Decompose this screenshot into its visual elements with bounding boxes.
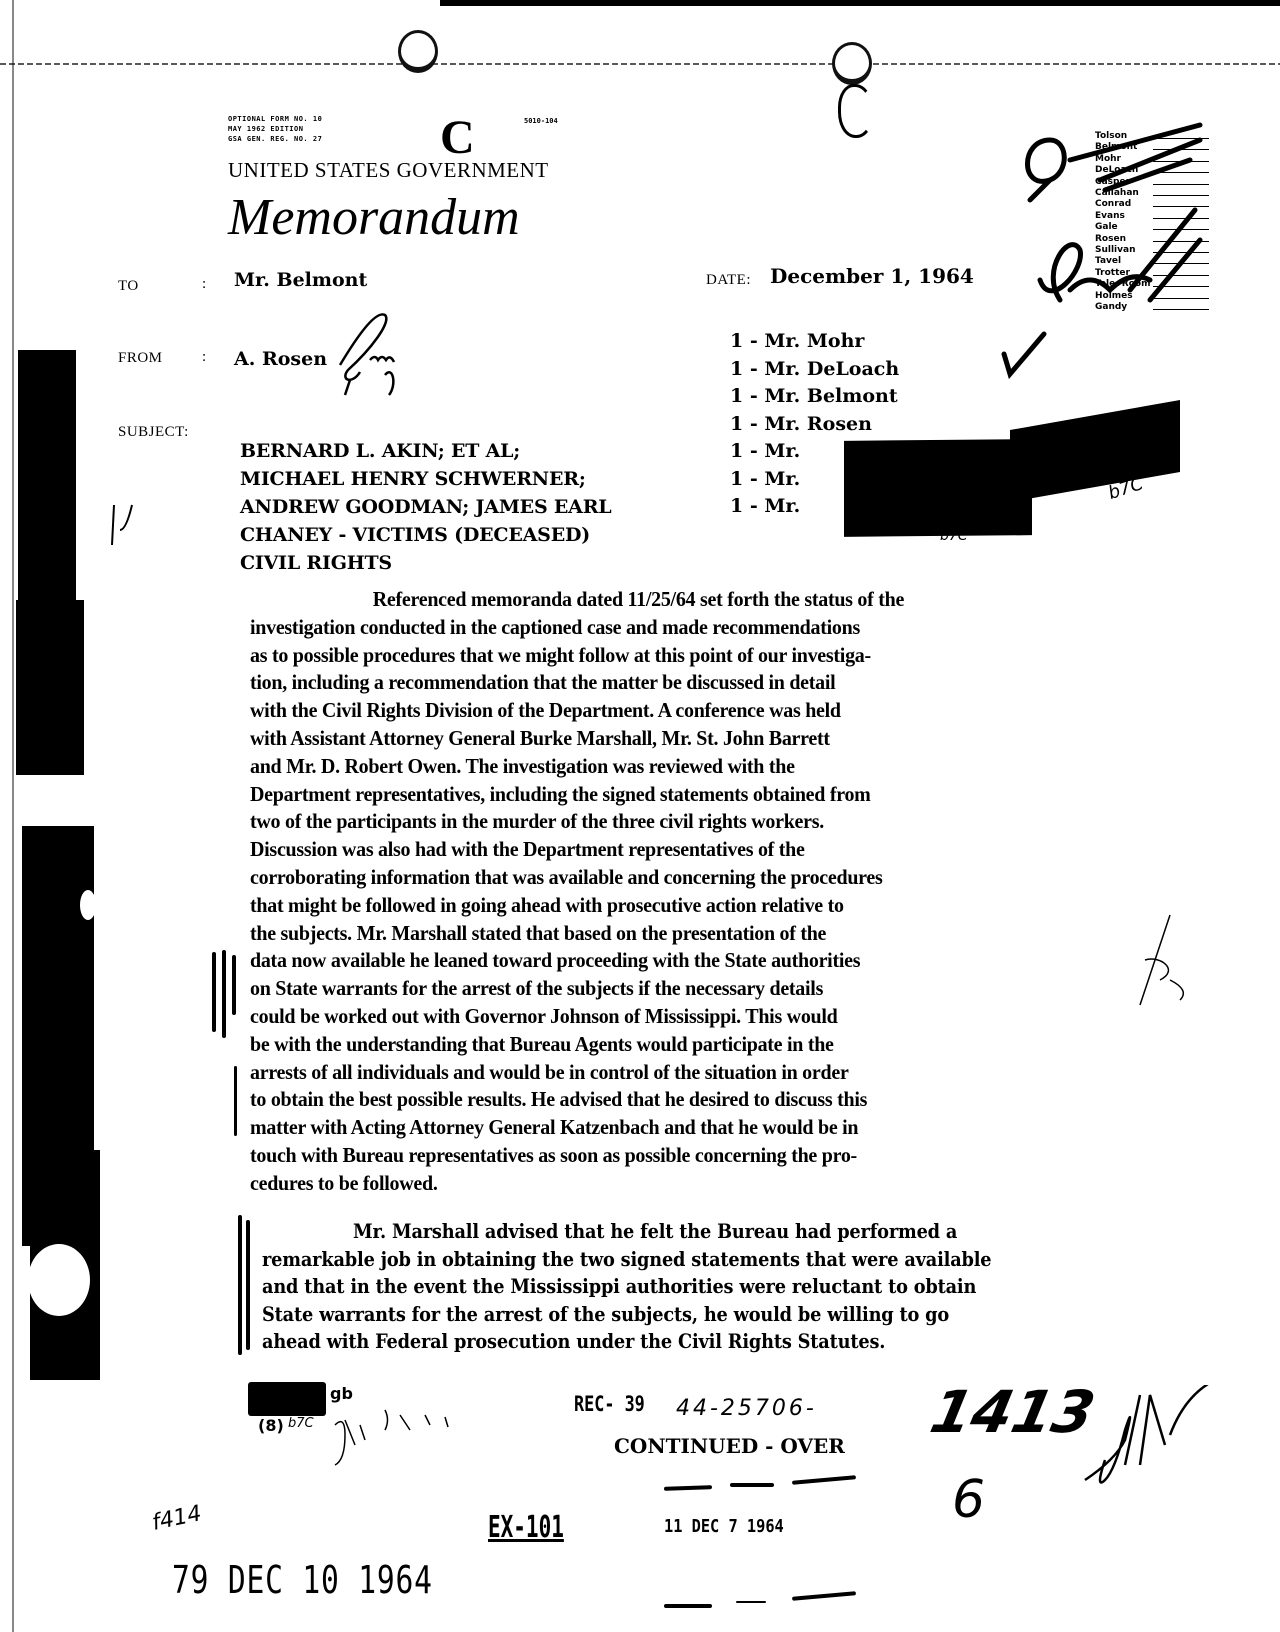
stamp-dash: [664, 1485, 712, 1491]
form-line: MAY 1962 EDITION: [228, 124, 322, 134]
checkmark-icon: [1000, 330, 1050, 380]
rec-stamp: REC- 39: [574, 1392, 645, 1416]
stamp-dash: [736, 1601, 766, 1603]
stamp-dash: [792, 1475, 856, 1485]
rosen-signature: [330, 310, 410, 400]
subject-line: CIVIL RIGHTS: [240, 549, 611, 577]
form-code: 5010-104: [524, 117, 558, 125]
date-label: DATE:: [706, 272, 751, 289]
stamp-dash: [664, 1604, 712, 1608]
margin-checkmark: [100, 500, 150, 550]
subject-line: ANDREW GOODMAN; JAMES EARL: [240, 493, 611, 521]
margin-emphasis-mark: [222, 950, 226, 1038]
agency-heading: UNITED STATES GOVERNMENT: [228, 158, 549, 183]
binder-bar-top: [18, 350, 76, 630]
from-label: FROM: [118, 350, 163, 367]
punch-hole-left: [398, 30, 438, 73]
serial-number-handwritten: 1413: [925, 1378, 1101, 1446]
handwritten-initials-scribble: [315, 1405, 495, 1475]
distribution-item: 1 - Mr. Mohr: [730, 328, 899, 356]
subject-line: MICHAEL HENRY SCHWERNER;: [240, 465, 611, 493]
scan-left-edge: [12, 0, 14, 1632]
distribution-item: 1 - Mr. Belmont: [730, 383, 899, 411]
margin-note-handwritten: f414: [150, 1501, 204, 1536]
stamp-dash: [792, 1591, 856, 1601]
handwritten-c-mark: C: [440, 110, 475, 165]
document-title: Memorandum: [228, 188, 520, 247]
handwritten-6: 6: [952, 1470, 985, 1530]
margin-emphasis-mark: [246, 1220, 250, 1350]
distribution-item: 1 - Mr. DeLoach: [730, 356, 899, 384]
to-label: TO: [118, 278, 139, 295]
from-value: A. Rosen: [234, 348, 327, 370]
form-line: OPTIONAL FORM NO. 10: [228, 114, 322, 124]
binder-notch: [80, 890, 96, 920]
handwritten-signature: [1080, 1385, 1220, 1495]
staple-mark: [838, 84, 874, 138]
margin-emphasis-mark: [234, 1066, 237, 1136]
redaction-block: [844, 439, 1032, 537]
subject-block: BERNARD L. AKIN; ET AL; MICHAEL HENRY SC…: [240, 437, 611, 577]
stamp-dash: [730, 1483, 774, 1487]
routing-initials-scribble: [1010, 120, 1210, 320]
copies-count: (8): [258, 1416, 284, 1435]
to-colon: :: [202, 276, 206, 293]
ex-stamp: EX-101: [488, 1510, 564, 1545]
punch-hole-right: [832, 42, 872, 85]
continued-over-label: CONTINUED - OVER: [614, 1434, 845, 1458]
redaction-block-tail: [1010, 400, 1180, 502]
date-value: December 1, 1964: [770, 264, 974, 288]
memo-body-paragraph-2: Mr. Marshall advised that he felt the Bu…: [262, 1218, 1136, 1356]
form-number-block: OPTIONAL FORM NO. 10 MAY 1962 EDITION GS…: [228, 114, 322, 144]
scan-top-edge: [440, 0, 1280, 6]
margin-emphasis-mark: [238, 1215, 242, 1355]
margin-emphasis-mark: [232, 955, 236, 1015]
distribution-item: 1 - Mr. Rosen: [730, 411, 899, 439]
file-number-handwritten: 44-25706-: [676, 1396, 817, 1421]
subject-line: CHANEY - VICTIMS (DECEASED): [240, 521, 611, 549]
scan-fold-line: [0, 63, 1280, 65]
margin-checkmark: [1130, 910, 1190, 1010]
b7c-annotation: b7C: [288, 1416, 314, 1431]
binder-hole: [28, 1244, 90, 1316]
from-colon: :: [202, 349, 206, 366]
subject-line: BERNARD L. AKIN; ET AL;: [240, 437, 611, 465]
memo-body-paragraph-1: Referenced memoranda dated 11/25/64 set …: [250, 586, 1143, 1198]
form-line: GSA GEN. REG. NO. 27: [228, 134, 322, 144]
binder-bar-mid: [16, 600, 84, 775]
filed-date-stamp: 79 DEC 10 1964: [172, 1558, 433, 1602]
to-value: Mr. Belmont: [234, 269, 367, 291]
subject-label: SUBJECT:: [118, 424, 189, 441]
typist-initials: gb: [330, 1384, 353, 1403]
b7c-annotation: b7C: [940, 528, 968, 544]
margin-emphasis-mark: [212, 952, 216, 1032]
received-date-stamp: 11 DEC 7 1964: [664, 1516, 784, 1537]
